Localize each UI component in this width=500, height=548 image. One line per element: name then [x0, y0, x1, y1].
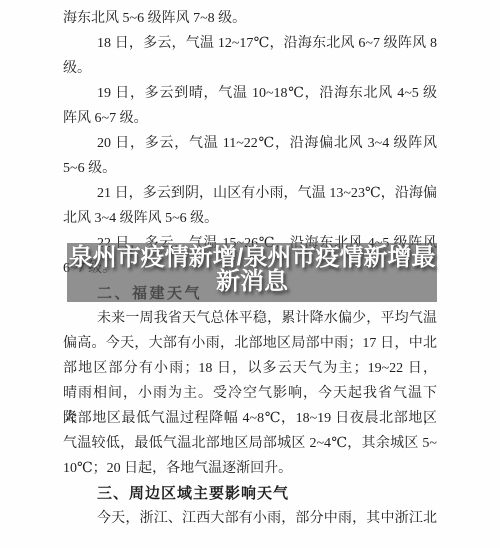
text-line: 偏高。今天，大部有小雨，北部地区局部中雨；17 日，中北 [63, 331, 437, 356]
text-line: 级。 [63, 56, 437, 81]
text-line: 晴雨相间，小雨为主。受冷空气影响，今天起我省气温下降， [63, 381, 437, 406]
headline-overlay: 泉州市疫情新增/泉州市疫情新增最 新消息 [67, 243, 437, 302]
section-heading: 三、周边区域主要影响天气 [63, 481, 437, 506]
text-line: 部地区部分有小雨；18 日，以多云天气为主；19~22 日， [63, 356, 437, 381]
headline-line-2: 新消息 [216, 270, 288, 294]
text-line: 20 日，多云，气温 11~22℃，沿海偏北风 3~4 级阵风 [63, 131, 437, 156]
text-line: 5~6 级。 [63, 156, 437, 181]
text-line: 21 日，多云到阴，山区有小雨，气温 13~23℃，沿海偏 [63, 181, 437, 206]
text-line: 大部地区最低气温过程降幅 4~8℃，18~19 日夜晨北部地区 [63, 406, 437, 431]
text-line: 北风 3~4 级阵风 5~6 级。 [63, 206, 437, 231]
text-line: 阵风 6~7 级。 [63, 106, 437, 131]
text-line: 今天，浙江、江西大部有小雨，部分中雨，其中浙江北 [63, 506, 437, 531]
headline-line-1: 泉州市疫情新增/泉州市疫情新增最 [69, 246, 436, 270]
document-page: 海东北风 5~6 级阵风 7~8 级。18 日，多云，气温 12~17℃，沿海东… [0, 0, 500, 548]
text-line: 18 日，多云，气温 12~17℃，沿海东北风 6~7 级阵风 8 [63, 31, 437, 56]
text-line: 海东北风 5~6 级阵风 7~8 级。 [63, 6, 437, 31]
text-line: 19 日，多云到晴，气温 10~18℃，沿海东北风 4~5 级 [63, 81, 437, 106]
text-line: 10℃；20 日起，各地气温逐渐回升。 [63, 456, 437, 481]
text-line: 气温较低，最低气温北部地区局部城区 2~4℃，其余城区 5~ [63, 431, 437, 456]
text-line: 未来一周我省天气总体平稳，累计降水偏少，平均气温 [63, 306, 437, 331]
